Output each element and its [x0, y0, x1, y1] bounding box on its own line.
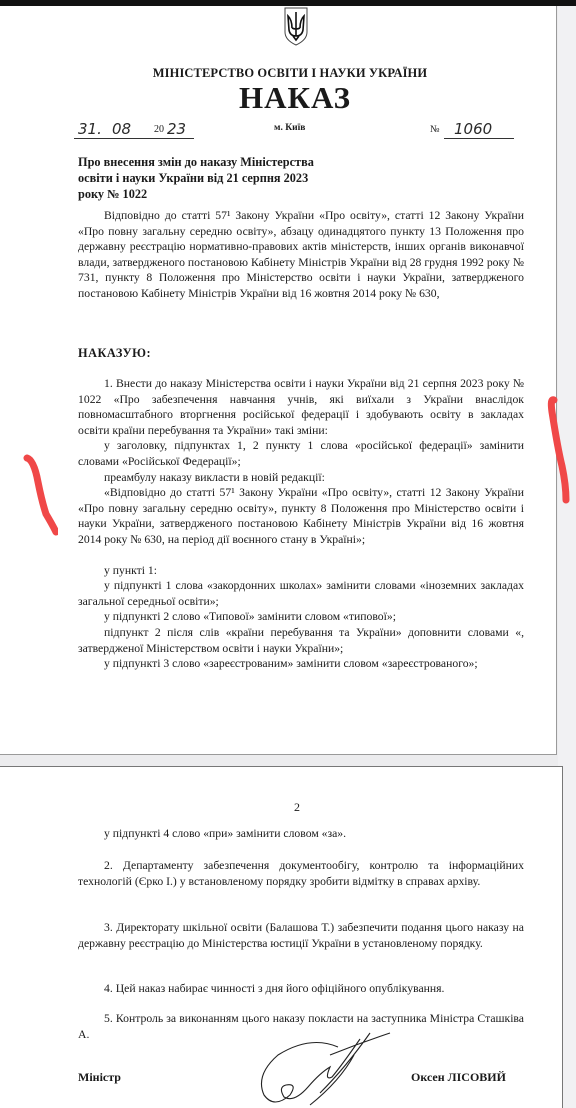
- paragraph-subpoint-3: у підпункті 3 слово «зареєстрованим» зам…: [78, 656, 524, 672]
- signatory-position: Міністр: [78, 1070, 121, 1085]
- red-marker-left: [18, 452, 58, 542]
- paragraph-4: 4. Цей наказ набирає чинності з дня його…: [78, 981, 524, 997]
- number-sign: №: [430, 124, 440, 135]
- handwritten-signature: [250, 1025, 400, 1108]
- red-marker-right: [538, 390, 574, 510]
- paragraph-point-1: у пункті 1:: [78, 563, 524, 579]
- page-number: 2: [0, 800, 576, 815]
- order-subject: Про внесення змін до наказу Міністерства…: [78, 154, 318, 202]
- paragraph-subpoint-4: у підпункті 4 слово «при» замінити слово…: [78, 826, 524, 842]
- paragraph-subpoint-2: у підпункті 2 слово «Типової» замінити с…: [78, 609, 524, 625]
- paragraph-subpoint-2-addition: підпункт 2 після слів «країни перебуванн…: [78, 625, 524, 656]
- date-day: 31.: [78, 120, 102, 138]
- preamble: Відповідно до статті 57¹ Закону України …: [78, 208, 524, 302]
- number-value: 1060: [454, 120, 492, 138]
- paragraph-subpoint-1: у підпункті 1 слова «закордонних школах»…: [78, 578, 524, 609]
- paragraph-2: 2. Департаменту забезпечення документооб…: [78, 858, 524, 889]
- order-date: 31. 08 20 23: [74, 120, 194, 139]
- city: м. Київ: [274, 123, 305, 133]
- order-heading: НАКАЗУЮ:: [78, 346, 151, 361]
- date-month: 08: [112, 120, 131, 138]
- date-year: 23: [167, 120, 186, 138]
- order-number: № 1060: [430, 120, 514, 138]
- date-century: 20: [154, 124, 164, 135]
- paragraph-new-preamble: «Відповідно до статті 57¹ Закону України…: [78, 485, 524, 547]
- trident-emblem-icon: [283, 6, 309, 46]
- signatory-name: Оксен ЛІСОВИЙ: [411, 1070, 506, 1085]
- paragraph-1: 1. Внести до наказу Міністерства освіти …: [78, 376, 524, 438]
- paragraph-title-change: у заголовку, підпунктах 1, 2 пункту 1 сл…: [78, 438, 524, 469]
- ministry-name: МІНІСТЕРСТВО ОСВІТИ І НАУКИ УКРАЇНИ: [0, 66, 576, 81]
- document-title: НАКАЗ: [0, 80, 576, 116]
- paragraph-3: 3. Директорату шкільної освіти (Балашова…: [78, 920, 524, 951]
- paragraph-preamble-change: преамбулу наказу викласти в новій редакц…: [78, 470, 524, 486]
